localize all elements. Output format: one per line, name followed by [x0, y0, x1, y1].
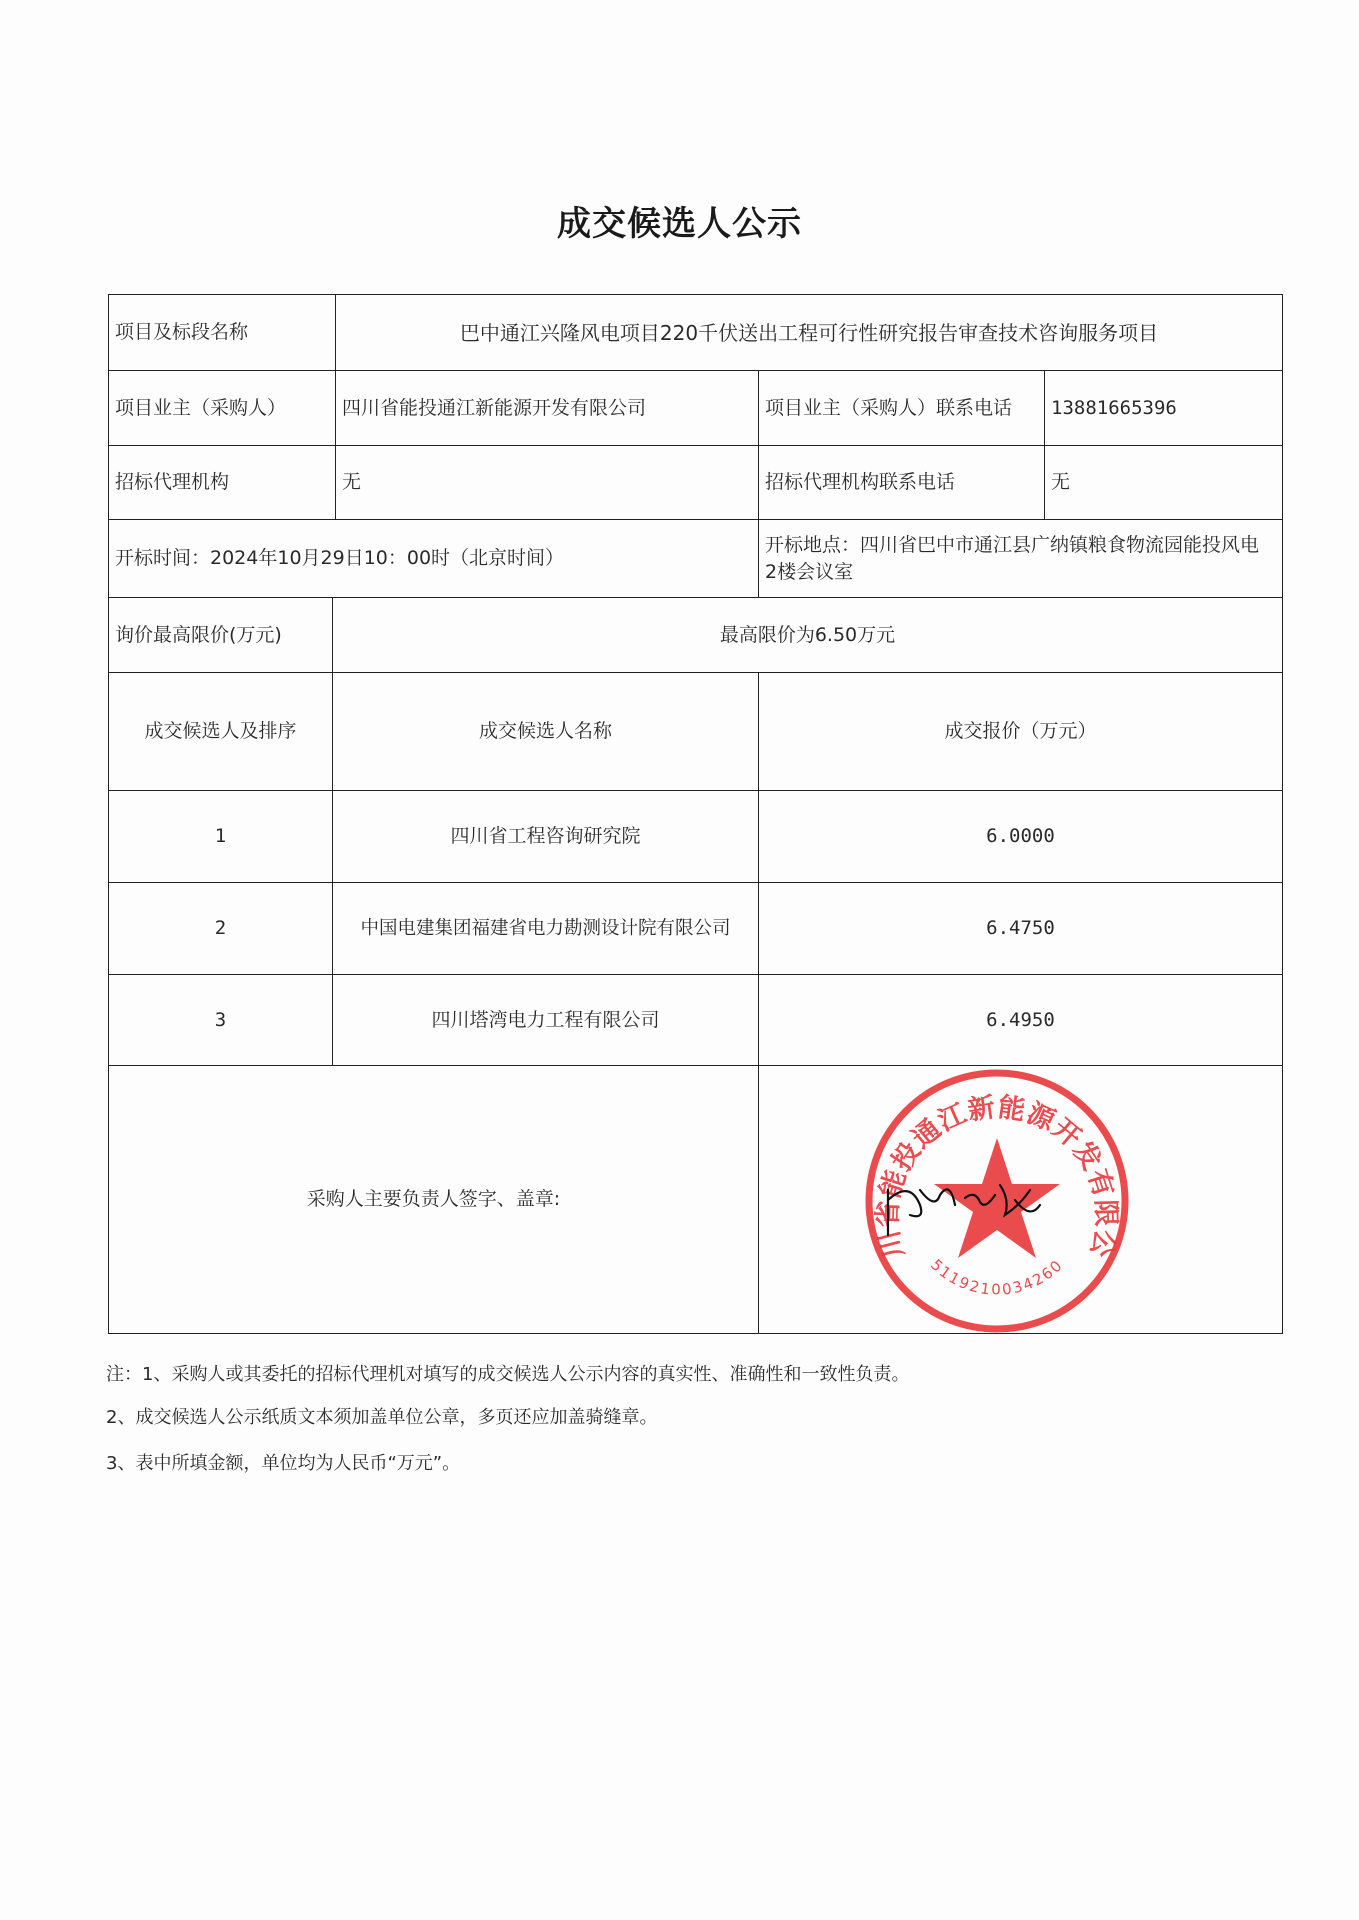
note-2: 2、成交候选人公示纸质文本须加盖单位公章，多页还应加盖骑缝章。 [106, 1403, 657, 1429]
candidate-table: 项目及标段名称 巴中通江兴隆风电项目220千伏送出工程可行性研究报告审查技术咨询… [108, 294, 1283, 1334]
row-1-name: 四川省工程咨询研究院 [332, 790, 759, 883]
project-name-label: 项目及标段名称 [108, 294, 336, 371]
row-2-rank: 2 [108, 882, 333, 975]
open-place: 开标地点：四川省巴中市通江县广纳镇粮食物流园能投风电2楼会议室 [758, 519, 1283, 598]
owner-phone-label: 项目业主（采购人）联系电话 [758, 370, 1045, 446]
note-1: 注：1、采购人或其委托的招标代理机对填写的成交候选人公示内容的真实性、准确性和一… [106, 1360, 909, 1386]
owner-phone-value: 13881665396 [1044, 370, 1283, 446]
project-name-value: 巴中通江兴隆风电项目220千伏送出工程可行性研究报告审查技术咨询服务项目 [335, 294, 1283, 371]
agency-value: 无 [335, 445, 759, 520]
max-price-value: 最高限价为6.50万元 [332, 597, 1283, 673]
open-time: 开标时间：2024年10月29日10：00时（北京时间） [108, 519, 759, 598]
max-price-label: 询价最高限价(万元) [108, 597, 333, 673]
row-1-rank: 1 [108, 790, 333, 883]
row-2-price: 6.4750 [758, 882, 1283, 975]
header-price: 成交报价（万元） [758, 672, 1283, 791]
page-title: 成交候选人公示 [0, 196, 1359, 245]
signature-label: 采购人主要负责人签字、盖章: [108, 1065, 759, 1334]
row-3-name: 四川塔湾电力工程有限公司 [332, 974, 759, 1066]
note-3: 3、表中所填金额，单位均为人民币“万元”。 [106, 1449, 460, 1475]
signature-area [758, 1065, 1283, 1334]
owner-value: 四川省能投通江新能源开发有限公司 [335, 370, 759, 446]
header-rank: 成交候选人及排序 [108, 672, 333, 791]
agency-label: 招标代理机构 [108, 445, 336, 520]
owner-label: 项目业主（采购人） [108, 370, 336, 446]
agency-phone-label: 招标代理机构联系电话 [758, 445, 1045, 520]
row-3-price: 6.4950 [758, 974, 1283, 1066]
row-2-name: 中国电建集团福建省电力勘测设计院有限公司 [332, 882, 759, 975]
header-name: 成交候选人名称 [332, 672, 759, 791]
row-1-price: 6.0000 [758, 790, 1283, 883]
row-3-rank: 3 [108, 974, 333, 1066]
agency-phone-value: 无 [1044, 445, 1283, 520]
